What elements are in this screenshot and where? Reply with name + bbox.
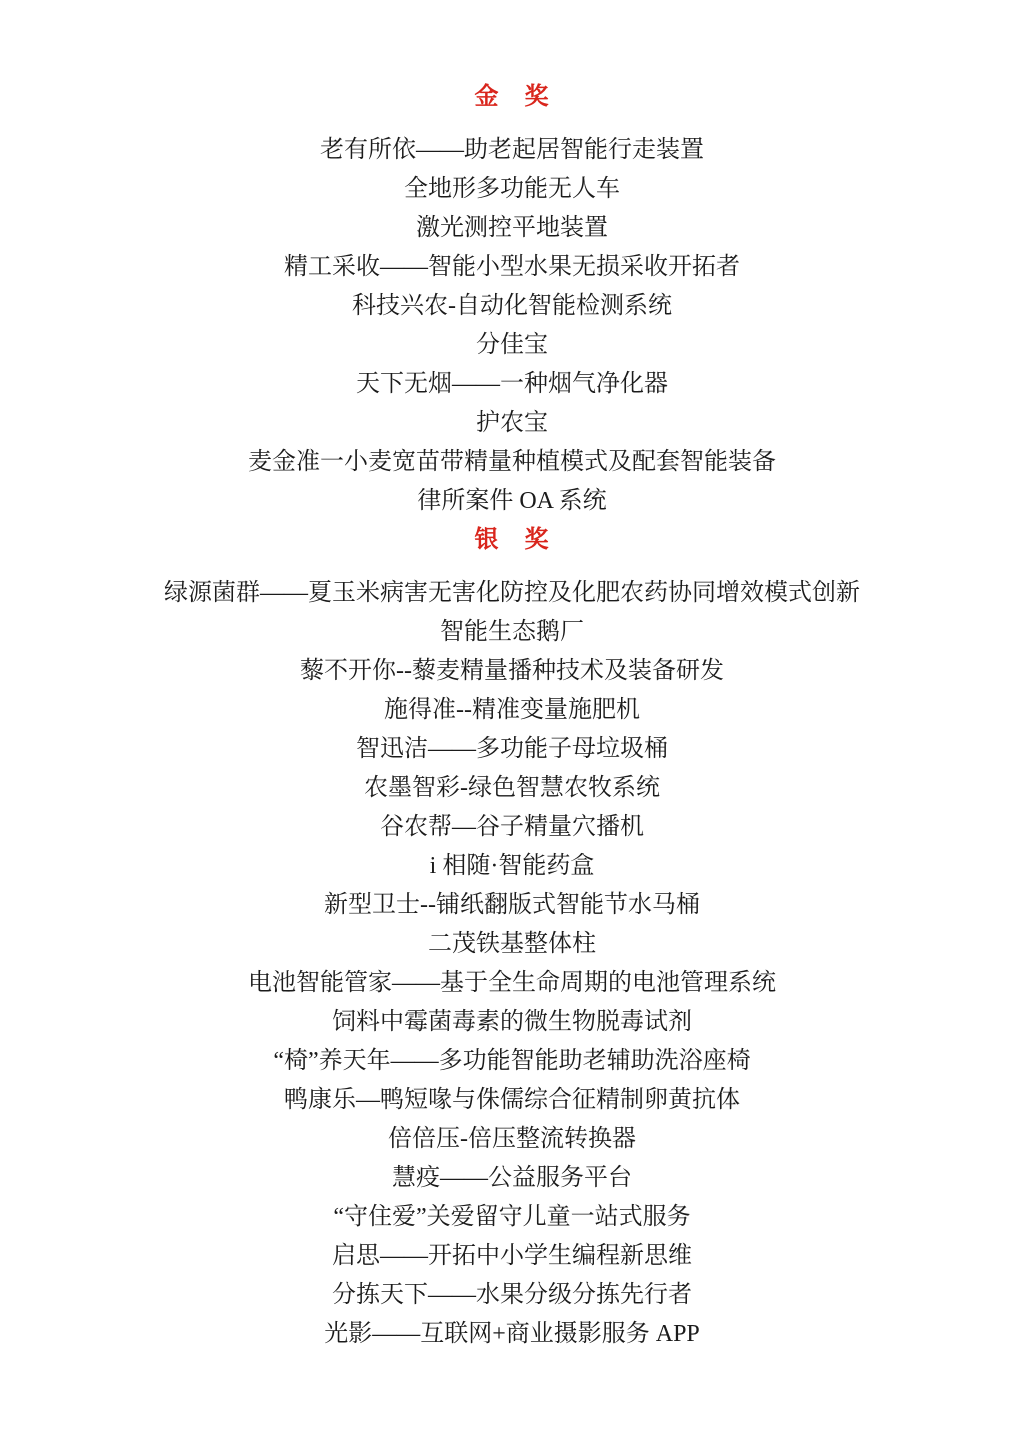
- award-item: 智迅洁——多功能子母垃圾桶: [0, 730, 1024, 769]
- award-item: 饲料中霉菌毒素的微生物脱毒试剂: [0, 1003, 1024, 1042]
- award-item: 分佳宝: [0, 326, 1024, 365]
- award-section-gold: 金 奖 老有所依——助老起居智能行走装置全地形多功能无人车激光测控平地装置精工采…: [0, 78, 1024, 521]
- award-item: 律所案件 OA 系统: [0, 482, 1024, 521]
- award-item: 光影——互联网+商业摄影服务 APP: [0, 1315, 1024, 1354]
- award-item: 科技兴农-自动化智能检测系统: [0, 287, 1024, 326]
- award-item: 新型卫士--铺纸翻版式智能节水马桶: [0, 886, 1024, 925]
- award-item: 谷农帮—谷子精量穴播机: [0, 808, 1024, 847]
- award-item: 电池智能管家——基于全生命周期的电池管理系统: [0, 964, 1024, 1003]
- award-item: “守住爱”关爱留守儿童一站式服务: [0, 1198, 1024, 1237]
- award-item: “椅”养天年——多功能智能助老辅助洗浴座椅: [0, 1042, 1024, 1081]
- award-item: 分拣天下——水果分级分拣先行者: [0, 1276, 1024, 1315]
- award-item: 麦金准一小麦宽苗带精量种植模式及配套智能装备: [0, 443, 1024, 482]
- award-item: 全地形多功能无人车: [0, 170, 1024, 209]
- award-item: i 相随·智能药盒: [0, 847, 1024, 886]
- section-title-gold: 金 奖: [0, 78, 1024, 117]
- award-item: 启思——开拓中小学生编程新思维: [0, 1237, 1024, 1276]
- award-item: 天下无烟——一种烟气净化器: [0, 365, 1024, 404]
- award-item: 农墨智彩-绿色智慧农牧系统: [0, 769, 1024, 808]
- award-section-silver: 银 奖 绿源菌群——夏玉米病害无害化防控及化肥农药协同增效模式创新智能生态鹅厂藜…: [0, 521, 1024, 1354]
- award-item: 二茂铁基整体柱: [0, 925, 1024, 964]
- award-item: 激光测控平地装置: [0, 209, 1024, 248]
- award-item: 精工采收——智能小型水果无损采收开拓者: [0, 248, 1024, 287]
- award-item: 老有所依——助老起居智能行走装置: [0, 131, 1024, 170]
- award-item: 慧疫——公益服务平台: [0, 1159, 1024, 1198]
- award-item: 智能生态鹅厂: [0, 613, 1024, 652]
- section-title-silver: 银 奖: [0, 521, 1024, 560]
- award-item: 藜不开你--藜麦精量播种技术及装备研发: [0, 652, 1024, 691]
- document-page: 金 奖 老有所依——助老起居智能行走装置全地形多功能无人车激光测控平地装置精工采…: [0, 0, 1024, 1448]
- award-item: 绿源菌群——夏玉米病害无害化防控及化肥农药协同增效模式创新: [0, 574, 1024, 613]
- award-item: 护农宝: [0, 404, 1024, 443]
- award-item: 鸭康乐—鸭短喙与侏儒综合征精制卵黄抗体: [0, 1081, 1024, 1120]
- award-item: 倍倍压-倍压整流转换器: [0, 1120, 1024, 1159]
- award-list: 金 奖 老有所依——助老起居智能行走装置全地形多功能无人车激光测控平地装置精工采…: [0, 78, 1024, 1354]
- award-item: 施得准--精准变量施肥机: [0, 691, 1024, 730]
